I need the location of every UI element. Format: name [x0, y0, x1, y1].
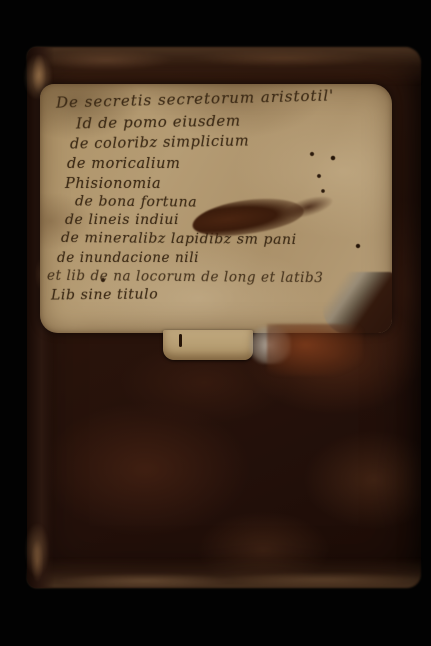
spine-wear-bottom: [25, 524, 49, 576]
photo-backdrop: De secretis secretorum aristotil' Id de …: [0, 0, 431, 646]
label-line: et lib de na locorum de long et latib3: [47, 268, 324, 286]
label-line: de bona fortuna: [75, 193, 197, 210]
label-line: De secretis secretorum aristotil': [56, 86, 335, 111]
label-line: de coloribz simplicium: [70, 133, 249, 152]
label-line: de inundacione nili: [57, 250, 199, 266]
manuscript-title-label: De secretis secretorum aristotil' Id de …: [40, 84, 392, 333]
label-line: de lineis indiui: [65, 212, 179, 228]
book-bottom-edge: [27, 558, 421, 588]
book-top-edge: [27, 47, 421, 85]
rust-leather-patch: [267, 324, 363, 376]
book-cover: De secretis secretorum aristotil' Id de …: [27, 47, 421, 588]
label-line: Phisionomia: [65, 176, 161, 192]
label-line: Lib sine titulo: [51, 287, 158, 304]
label-line: Id de pomo eiusdem: [76, 112, 241, 133]
label-line: de moricalium: [67, 156, 180, 172]
label-line: de mineralibz lapidibz sm pani: [61, 230, 297, 248]
tab-slit-mark: [179, 334, 182, 347]
parchment-tab: [163, 330, 253, 360]
